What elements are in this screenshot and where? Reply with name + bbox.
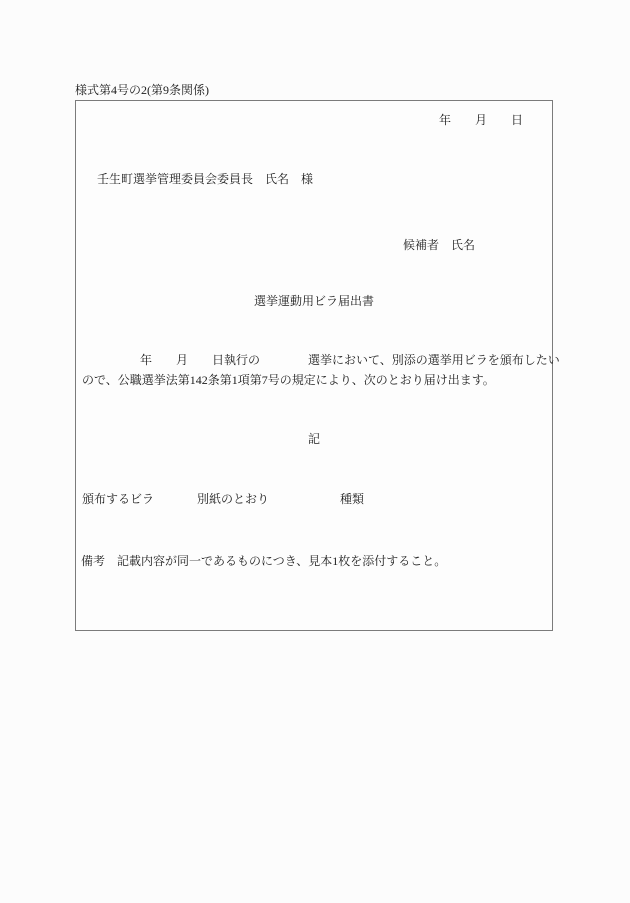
body-text-line-1: 年 月 日執行の 選挙において、別添の選挙用ビラを頒布したい [140, 353, 560, 368]
addressee-line: 壬生町選挙管理委員会委員長 氏名 様 [97, 172, 313, 187]
form-number-label: 様式第4号の2(第9条関係) [75, 81, 209, 98]
form-title: 選挙運動用ビラ届出書 [76, 294, 552, 309]
distribution-value: 別紙のとおり [197, 492, 269, 507]
form-box: 年 月 日 壬生町選挙管理委員会委員長 氏名 様 候補者 氏名 選挙運動用ビラ届… [75, 100, 553, 631]
distribution-row: 頒布するビラ 別紙のとおり 種類 [76, 492, 552, 508]
document-page: 様式第4号の2(第9条関係) 年 月 日 壬生町選挙管理委員会委員長 氏名 様 … [0, 0, 630, 903]
candidate-name-line: 候補者 氏名 [403, 238, 475, 253]
body-text-line-2: ので、公職選挙法第142条第1項第7号の規定により、次のとおり届け出ます。 [82, 373, 495, 388]
distribution-label: 頒布するビラ [82, 492, 154, 507]
remarks-line: 備考 記載内容が同一であるものにつき、見本1枚を添付すること。 [81, 554, 446, 569]
section-heading-ki: 記 [76, 432, 552, 447]
date-line: 年 月 日 [439, 113, 523, 128]
distribution-type-label: 種類 [340, 492, 364, 507]
